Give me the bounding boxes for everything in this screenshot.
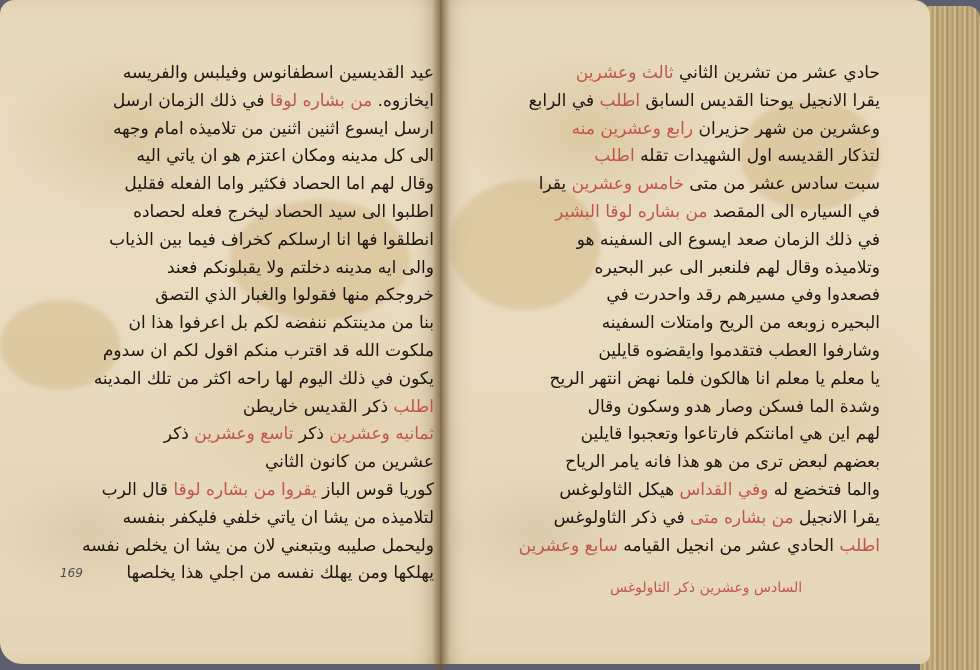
manuscript-line: فصعدوا وفي مسيرهم رقد واحدرت في	[470, 282, 880, 310]
body-text: يكون في ذلك اليوم لها راحه اكثر من تلك ا…	[94, 369, 434, 389]
rubric-text: خامس وعشرين	[572, 174, 684, 194]
manuscript-line: لتلاميذه من يشا ان ياتي خلفي فليكفر بنفس…	[34, 505, 434, 533]
manuscript-line: الى كل مدينه ومكان اعتزم هو ان ياتي اليه	[34, 143, 434, 171]
manuscript-line: البحيره زوبعه من الريح وامتلات السفينه	[470, 310, 880, 338]
manuscript-line: والى ايه مدينه دخلتم ولا يقبلونكم فعند	[34, 255, 434, 283]
body-text: الحادي عشر من انجيل القيامه	[618, 536, 840, 556]
manuscript-line: بعضهم لبعض ترى من هو هذا فانه يامر الريا…	[470, 449, 880, 477]
manuscript-line: والما فتخضع له وفي القداس هيكل الثاولوغس	[470, 477, 880, 505]
rubric-text: سابع وعشرين	[519, 536, 618, 556]
body-text: وقال لهم اما الحصاد فكثير واما الفعله فق…	[124, 174, 434, 194]
left-page-text: عيد القديسين اسطفانوس وفيلبس والفريسه اي…	[34, 60, 434, 588]
manuscript-line: وعشرين من شهر حزيران رابع وعشرين منه	[470, 116, 880, 144]
rubric-text: تاسع وعشرين	[194, 424, 293, 444]
manuscript-line: يقرا الانجيل من بشاره متى في ذكر الثاولو…	[470, 505, 880, 533]
body-text: وشارفوا العطب فتقدموا وايقضوه قايلين	[598, 341, 880, 361]
body-text: بعضهم لبعض ترى من هو هذا فانه يامر الريا…	[565, 452, 880, 472]
manuscript-line: وتلاميذه وقال لهم فلنعبر الى عبر البحيره	[470, 255, 880, 283]
manuscript-line: سبت سادس عشر من متى خامس وعشرين يقرا	[470, 171, 880, 199]
body-text: سبت سادس عشر من متى	[684, 174, 880, 194]
body-text: عشرين من كانون الثاني	[265, 452, 434, 472]
body-text: يهلكها ومن يهلك نفسه من اجلي هذا يخلصها	[126, 563, 434, 583]
body-text: اطلبوا الى سيد الحصاد ليخرج فعله لحصاده	[133, 202, 434, 222]
folio-number: 169	[60, 566, 83, 580]
body-text: والى ايه مدينه دخلتم ولا يقبلونكم فعند	[167, 258, 434, 278]
rubric-text: اطلب	[839, 536, 880, 556]
manuscript-line: وليحمل صليبه ويتبعني لان من يشا ان يخلص …	[34, 533, 434, 561]
body-text: في ذلك الزمان صعد ايسوع الى السفينه هو	[577, 230, 880, 250]
rubric-text: من بشاره متى	[690, 508, 793, 528]
rubric-text: وفي القداس	[680, 480, 769, 500]
manuscript-line: حادي عشر من تشرين الثاني ثالث وعشرين	[470, 60, 880, 88]
body-text: لتلاميذه من يشا ان ياتي خلفي فليكفر بنفس…	[123, 508, 434, 528]
body-text: هيكل الثاولوغس	[559, 480, 679, 500]
manuscript-line: لهم اين هي امانتكم فارتاعوا وتعجبوا قايل…	[470, 421, 880, 449]
open-manuscript: عيد القديسين اسطفانوس وفيلبس والفريسه اي…	[0, 0, 980, 670]
manuscript-line: اطلبوا الى سيد الحصاد ليخرج فعله لحصاده	[34, 199, 434, 227]
manuscript-line: يهلكها ومن يهلك نفسه من اجلي هذا يخلصها	[34, 560, 434, 588]
body-text: وشدة الما فسكن وصار هدو وسكون وقال	[588, 397, 880, 417]
book-gutter	[432, 0, 450, 670]
manuscript-line: اطلب ذكر القديس خاريطن	[34, 394, 434, 422]
body-text: عيد القديسين اسطفانوس وفيلبس والفريسه	[123, 63, 434, 83]
body-text: يا معلم يا معلم انا هالكون فلما نهض انته…	[549, 369, 880, 389]
manuscript-line: وشدة الما فسكن وصار هدو وسكون وقال	[470, 394, 880, 422]
manuscript-line: يقرا الانجيل يوحنا القديس السابق اطلب في…	[470, 88, 880, 116]
body-text: خروجكم منها فقولوا والغبار الذي التصق	[155, 285, 434, 305]
body-text: الى كل مدينه ومكان اعتزم هو ان ياتي اليه	[137, 146, 434, 166]
body-text: البحيره زوبعه من الريح وامتلات السفينه	[602, 313, 880, 333]
rubric-text: ثالث وعشرين	[576, 63, 674, 83]
rubric-text: يقروا من بشاره لوقا	[173, 480, 316, 500]
manuscript-line: لتذكار القديسه اول الشهيدات تقله اطلب	[470, 143, 880, 171]
rubric-text: رابع وعشرين منه	[572, 119, 693, 139]
body-text: لهم اين هي امانتكم فارتاعوا وتعجبوا قايل…	[581, 424, 880, 444]
body-text: ايخازوه.	[372, 91, 434, 111]
body-text: يقرا الانجيل	[794, 508, 880, 528]
body-text: في ذلك الزمان ارسل	[113, 91, 270, 111]
manuscript-line: عيد القديسين اسطفانوس وفيلبس والفريسه	[34, 60, 434, 88]
body-text: يقرا	[539, 174, 572, 194]
manuscript-line: خروجكم منها فقولوا والغبار الذي التصق	[34, 282, 434, 310]
body-text: لتذكار القديسه اول الشهيدات تقله	[635, 146, 880, 166]
rubric-text: اطلب	[594, 146, 635, 166]
manuscript-line: ايخازوه. من بشاره لوقا في ذلك الزمان ارس…	[34, 88, 434, 116]
body-text: في الرابع	[529, 91, 600, 111]
manuscript-line: كوريا قوس الباز يقروا من بشاره لوقا قال …	[34, 477, 434, 505]
manuscript-line: انطلقوا فها انا ارسلكم كخراف فيما بين ال…	[34, 227, 434, 255]
manuscript-line: ملكوت الله قد اقترب منكم اقول لكم ان سدو…	[34, 338, 434, 366]
body-text: بنا من مدينتكم ننفضه لكم بل اعرفوا هذا ا…	[128, 313, 434, 333]
rubric-text: اطلب	[600, 91, 641, 111]
body-text: والما فتخضع له	[768, 480, 880, 500]
body-text: انطلقوا فها انا ارسلكم كخراف فيما بين ال…	[109, 230, 434, 250]
manuscript-line: في ذلك الزمان صعد ايسوع الى السفينه هو	[470, 227, 880, 255]
body-text: ارسل ايسوع اثنين اثنين من تلاميذه امام و…	[113, 119, 434, 139]
manuscript-line: يا معلم يا معلم انا هالكون فلما نهض انته…	[470, 366, 880, 394]
manuscript-line: يكون في ذلك اليوم لها راحه اكثر من تلك ا…	[34, 366, 434, 394]
manuscript-line: وشارفوا العطب فتقدموا وايقضوه قايلين	[470, 338, 880, 366]
body-text: وليحمل صليبه ويتبعني لان من يشا ان يخلص …	[82, 536, 434, 556]
body-text: ملكوت الله قد اقترب منكم اقول لكم ان سدو…	[103, 341, 434, 361]
body-text: في ذكر الثاولوغس	[554, 508, 691, 528]
manuscript-line: ثمانيه وعشرين ذكر تاسع وعشرين ذكر	[34, 421, 434, 449]
rubric-text: اطلب	[393, 397, 434, 417]
body-text: ذكر	[164, 424, 194, 444]
right-page-text: حادي عشر من تشرين الثاني ثالث وعشرينيقرا…	[470, 60, 880, 560]
body-text: ذكر	[293, 424, 329, 444]
body-text: وتلاميذه وقال لهم فلنعبر الى عبر البحيره	[594, 258, 880, 278]
rubric-text: من بشاره لوقا البشير	[555, 202, 707, 222]
manuscript-line: ارسل ايسوع اثنين اثنين من تلاميذه امام و…	[34, 116, 434, 144]
rubric-text: من بشاره لوقا	[270, 91, 372, 111]
body-text: في السياره الى المقصد	[708, 202, 880, 222]
body-text: فصعدوا وفي مسيرهم رقد واحدرت في	[606, 285, 880, 305]
manuscript-line: وقال لهم اما الحصاد فكثير واما الفعله فق…	[34, 171, 434, 199]
body-text: يقرا الانجيل يوحنا القديس السابق	[640, 91, 880, 111]
body-text: كوريا قوس الباز	[317, 480, 434, 500]
rubric-footer-note: السادس وعشرين ذكر الثاولوغس	[610, 580, 802, 596]
body-text: حادي عشر من تشرين الثاني	[674, 63, 880, 83]
manuscript-line: اطلب الحادي عشر من انجيل القيامه سابع وع…	[470, 533, 880, 561]
body-text: ذكر القديس خاريطن	[243, 397, 394, 417]
manuscript-line: عشرين من كانون الثاني	[34, 449, 434, 477]
body-text: وعشرين من شهر حزيران	[693, 119, 880, 139]
body-text: قال الرب	[102, 480, 174, 500]
rubric-text: ثمانيه وعشرين	[329, 424, 434, 444]
manuscript-line: في السياره الى المقصد من بشاره لوقا البش…	[470, 199, 880, 227]
manuscript-line: بنا من مدينتكم ننفضه لكم بل اعرفوا هذا ا…	[34, 310, 434, 338]
